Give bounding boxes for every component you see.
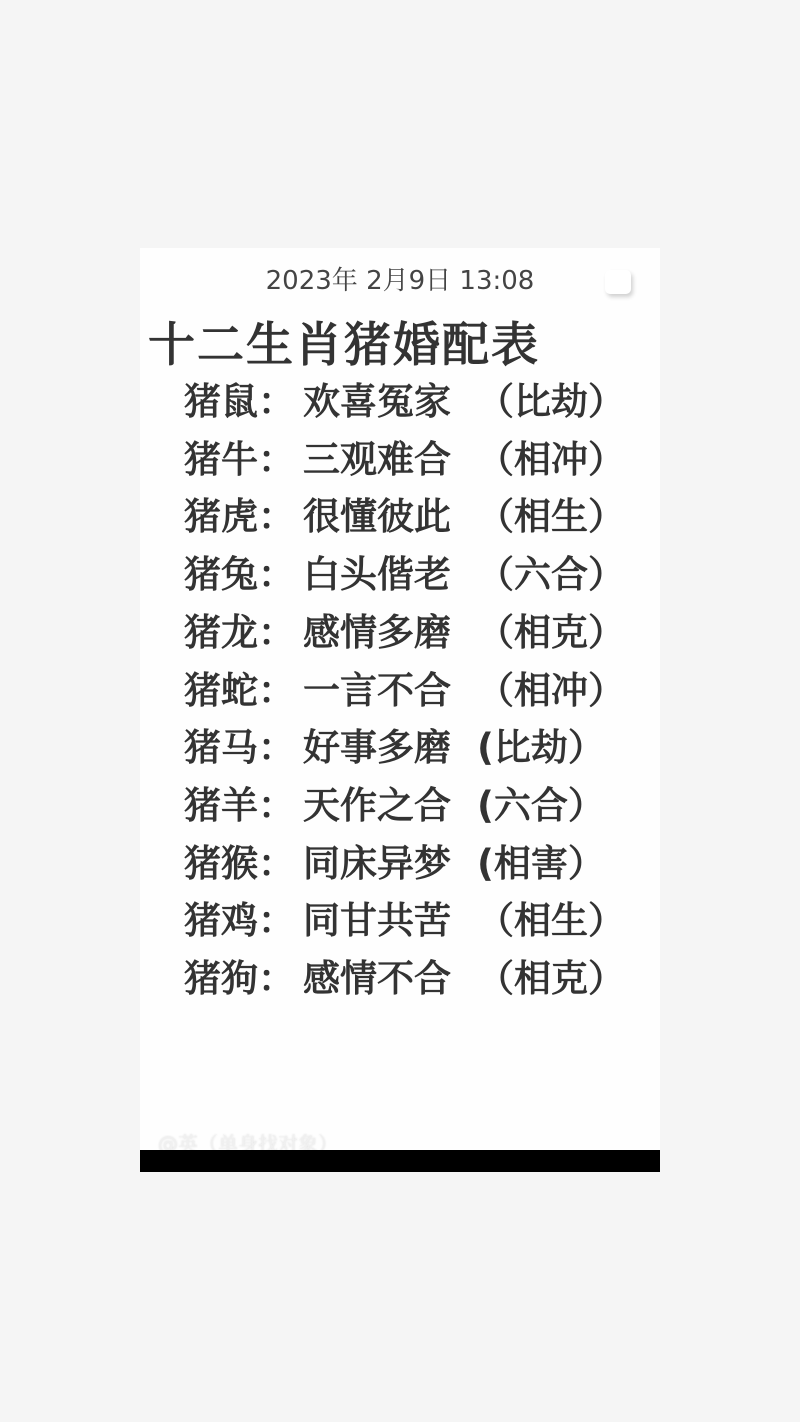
- zodiac-pair: 猪马：: [184, 722, 295, 774]
- relation-label: (六合）: [477, 780, 605, 832]
- zodiac-pair: 猪龙：: [184, 607, 295, 659]
- relation-label: （相克）: [477, 953, 625, 1005]
- zodiac-pair: 猪蛇：: [184, 665, 295, 717]
- zodiac-pair: 猪羊：: [184, 780, 295, 832]
- match-description: 欢喜冤家: [303, 376, 451, 428]
- copy-icon[interactable]: [605, 270, 631, 294]
- match-description: 三观难合: [303, 434, 451, 486]
- zodiac-pair: 猪鸡：: [184, 895, 295, 947]
- match-description: 感情不合: [303, 953, 451, 1005]
- zodiac-pair: 猪牛：: [184, 434, 295, 486]
- zodiac-pair: 猪兔：: [184, 549, 295, 601]
- match-description: 很懂彼此: [303, 491, 451, 543]
- match-description: 同甘共苦: [303, 895, 451, 947]
- zodiac-pair: 猪狗：: [184, 953, 295, 1005]
- match-description: 同床异梦: [303, 838, 451, 890]
- relation-label: （相克）: [477, 607, 625, 659]
- post-card: 2023年 2月9日 13:08 十二生肖猪婚配表 猪鼠： 欢喜冤家 （比劫） …: [140, 248, 660, 1150]
- relation-label: （相冲）: [477, 665, 625, 717]
- match-description: 好事多磨: [303, 722, 451, 774]
- match-description: 一言不合: [303, 665, 451, 717]
- page-title: 十二生肖猪婚配表: [148, 308, 540, 375]
- relation-label: （相生）: [477, 491, 625, 543]
- relation-label: （比劫）: [477, 376, 625, 428]
- relation-label: （相冲）: [477, 434, 625, 486]
- match-description: 天作之合: [303, 780, 451, 832]
- timestamp: 2023年 2月9日 13:08: [140, 260, 660, 297]
- zodiac-pair: 猪猴：: [184, 838, 295, 890]
- relation-label: （六合）: [477, 549, 625, 601]
- match-description: 感情多磨: [303, 607, 451, 659]
- relation-label: （相生）: [477, 895, 625, 947]
- zodiac-pair: 猪虎：: [184, 491, 295, 543]
- match-description: 白头偕老: [303, 549, 451, 601]
- bottom-bar: [140, 1150, 660, 1172]
- relation-label: (比劫）: [477, 722, 605, 774]
- relation-label: (相害）: [477, 838, 605, 890]
- zodiac-pair: 猪鼠：: [184, 376, 295, 428]
